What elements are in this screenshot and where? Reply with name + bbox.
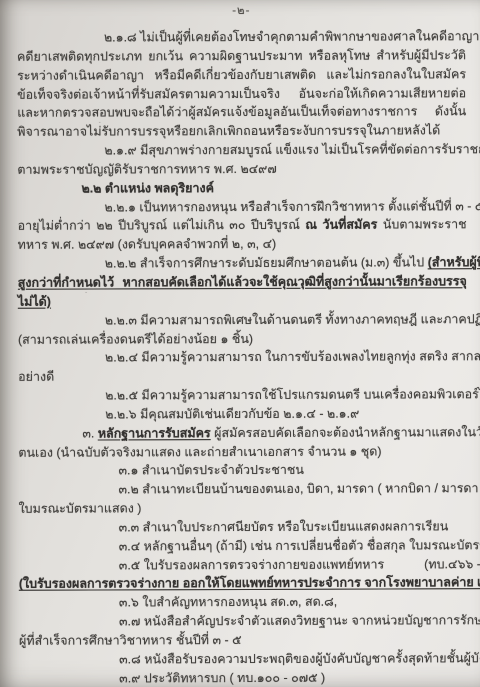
document-line: ทหาร พ.ศ. ๒๔๙๗ (งดรับบุคคลจำพวกที่ ๒, ๓,… <box>18 234 467 254</box>
text-segment: ๒.๑.๙ มีสุขภาพร่างกายสมบูรณ์ แข็งแรง ไม่… <box>104 142 480 157</box>
document-photo: -๒- ๒.๑.๘ ไม่เป็นผู้ที่เคยต้องโทษจำคุกตา… <box>0 0 480 687</box>
document-line: ๓.๘ หนังสือรับรองความประพฤติของผู้บังคับ… <box>19 649 468 669</box>
document-line: ๓.๕ ใบรับรองผลการตรวจร่างกายของแพทย์ทหาร… <box>19 555 468 575</box>
text-segment: ๒.๒.๖ มีคุณสมบัติเช่นเดียวกับข้อ ๒.๑.๔ -… <box>105 406 359 421</box>
text-segment: อายุไม่ต่ำกว่า ๒๒ ปีบริบูรณ์ แต่ไม่เกิน … <box>18 218 306 233</box>
text-segment: ทหาร พ.ศ. ๒๔๙๗ (งดรับบุคคลจำพวกที่ ๒, ๓,… <box>18 237 277 252</box>
document-line: ข้อเท็จจริงต่อเจ้าหน้าที่รับสมัครตามความ… <box>17 84 466 104</box>
text-segment: ๒.๒.๒ สำเร็จการศึกษาระดับมัธยมศึกษาตอนต้… <box>105 255 428 270</box>
document-line: ๒.๑.๘ ไม่เป็นผู้ที่เคยต้องโทษจำคุกตามคำพ… <box>17 27 466 47</box>
text-segment: ณ วันที่สมัคร <box>305 218 377 232</box>
text-segment: หลักฐานการรับสมัคร <box>98 426 211 440</box>
text-segment: อย่างดี <box>18 370 54 384</box>
text-segment: (ใบรับรองผลการตรวจร่างกาย ออกให้โดยแพทย์… <box>19 576 480 592</box>
document-line: ใบมรณะบัตรมาแสดง ) <box>19 498 468 518</box>
document-line: ๓.๒ สำเนาทะเบียนบ้านของตนเอง, บิดา, มารด… <box>18 479 467 499</box>
document-line: พิจารณาอาจไม่รับการบรรจุหรือยกเลิกเพิกถอ… <box>17 121 466 141</box>
document-line: ๒.๒ ตำแหน่ง พลดุริยางค์ <box>17 178 466 198</box>
text-segment: ข้อเท็จจริงต่อเจ้าหน้าที่รับสมัครตามความ… <box>17 86 466 104</box>
document-line: ๓.๗ หนังสือสำคัญประจำตัวแสดงวิทยฐานะ จาก… <box>19 611 468 631</box>
text-segment: ๓.๗ หนังสือสำคัญประจำตัวแสดงวิทยฐานะ จาก… <box>119 613 480 628</box>
text-segment: ๓.๙ ประวัติทหารบก ( ทบ.๑๐๐ - ๐๗๕ ) <box>119 670 325 685</box>
text-segment: ๒.๒.๓ มีความสามารถพิเศษในด้านดนตรี ทั้งท… <box>105 312 480 327</box>
text-segment: ไม่ได้) <box>18 294 51 308</box>
text-segment: และหากตรวจสอบพบจะถือได้ว่าผู้สมัครแจ้งข้… <box>17 105 466 123</box>
document-line: ไม่ได้) <box>18 291 467 311</box>
document-line: ๓. หลักฐานการรับสมัคร ผู้สมัครสอบคัดเลือ… <box>18 423 467 443</box>
document-line: ๒.๒.๑ เป็นทหารกองหนุน หรือสำเร็จการฝึกวิ… <box>17 197 466 217</box>
text-segment: (สามารถเล่นเครื่องดนตรีได้อย่างน้อย ๑ ชิ… <box>18 331 253 346</box>
document-line: ผู้ที่สำเร็จการศึกษาวิชาทหาร ชั้นปีที่ ๓… <box>19 630 468 650</box>
text-segment: ตนเอง (นำฉบับตัวจริงมาแสดง และถ่ายสำเนาเ… <box>18 444 381 459</box>
text-segment: ระหว่างดำเนินคดีอาญา หรือมีคดีเกี่ยวข้อง… <box>17 67 466 85</box>
text-segment: ๓.๕ ใบรับรองผลการตรวจร่างกายของแพทย์ทหาร <box>119 557 384 572</box>
document-line: ๓.๙ ประวัติทหารบก ( ทบ.๑๐๐ - ๐๗๕ ) <box>19 668 468 687</box>
text-segment: ๒.๒ ตำแหน่ง พลดุริยางค์ <box>81 181 214 195</box>
text-segment: คดียาเสพติดทุกประเภท ยกเว้น ความผิดฐานปร… <box>17 48 466 66</box>
document-line: (สามารถเล่นเครื่องดนตรีได้อย่างน้อย ๑ ชิ… <box>18 329 467 349</box>
text-segment: ๓.๘ หนังสือรับรองความประพฤติของผู้บังคับ… <box>119 651 480 667</box>
document-line: ๒.๑.๙ มีสุขภาพร่างกายสมบูรณ์ แข็งแรง ไม่… <box>17 140 466 160</box>
text-segment: ใบมรณะบัตรมาแสดง ) <box>19 501 142 515</box>
document-line: ตนเอง (นำฉบับตัวจริงมาแสดง และถ่ายสำเนาเ… <box>18 442 467 462</box>
text-segment: (สำหรับผู้ที่มีคุณวุฒิ <box>428 255 480 269</box>
document-line: ๓.๖ ใบสำคัญทหารกองหนุน สด.๓, สด.๘, <box>19 593 468 613</box>
text-segment: ผู้ที่สำเร็จการศึกษาวิชาทหาร ชั้นปีที่ ๓… <box>19 633 242 648</box>
text-segment: ๒.๑.๘ ไม่เป็นผู้ที่เคยต้องโทษจำคุกตามคำพ… <box>104 29 480 45</box>
text-segment: ๓.๑ สำเนาบัตรประจำตัวประชาชน <box>118 463 303 478</box>
text-segment: ๓.๔ หลักฐานอื่นๆ (ถ้ามี) เช่น การเปลี่ยน… <box>119 538 480 554</box>
document-page: -๒- ๒.๑.๘ ไม่เป็นผู้ที่เคยต้องโทษจำคุกตา… <box>17 2 468 687</box>
text-segment: ๒.๒.๕ มีความรู้ความสามารถใช้โปรแกรมดนตรี… <box>105 387 480 402</box>
text-segment: ๓. <box>82 426 98 440</box>
text-segment: ๒.๒.๔ มีความรู้ความสามารถ ในการขับร้องเพ… <box>105 349 480 364</box>
document-line: คดียาเสพติดทุกประเภท ยกเว้น ความผิดฐานปร… <box>17 46 466 66</box>
text-segment: ๓.๓ สำเนาใบประกาศนียบัตร หรือใบระเบียนแส… <box>119 519 449 534</box>
text-segment: ๓.๒ สำเนาทะเบียนบ้านของตนเอง, บิดา, มารด… <box>118 481 480 497</box>
text-segment: ตามพระราชบัญญัติรับราชการทหาร พ.ศ. ๒๔๙๗ <box>17 162 276 177</box>
document-line: (ใบรับรองผลการตรวจร่างกาย ออกให้โดยแพทย์… <box>19 574 468 594</box>
document-line: ระหว่างดำเนินคดีอาญา หรือมีคดีเกี่ยวข้อง… <box>17 65 466 85</box>
text-segment: ๓.๖ ใบสำคัญทหารกองหนุน สด.๓, สด.๘, <box>119 595 337 610</box>
document-line: อายุไม่ต่ำกว่า ๒๒ ปีบริบูรณ์ แต่ไม่เกิน … <box>18 216 467 236</box>
text-segment: ๒.๒.๑ เป็นทหารกองหนุน หรือสำเร็จการฝึกวิ… <box>104 199 480 214</box>
document-line: ๒.๒.๒ สำเร็จการศึกษาระดับมัธยมศึกษาตอนต้… <box>18 253 467 273</box>
text-segment: สูงกว่าที่กำหนดไว้ หากสอบคัดเลือกได้แล้ว… <box>18 274 467 292</box>
document-line: ๓.๑ สำเนาบัตรประจำตัวประชาชน <box>18 461 467 481</box>
document-line: ๓.๔ หลักฐานอื่นๆ (ถ้ามี) เช่น การเปลี่ยน… <box>19 536 468 556</box>
text-segment: พิจารณาอาจไม่รับการบรรจุหรือยกเลิกเพิกถอ… <box>17 124 440 139</box>
document-line: ตามพระราชบัญญัติรับราชการทหาร พ.ศ. ๒๔๙๗ <box>17 159 466 179</box>
text-segment: ผู้สมัครสอบคัดเลือกจะต้องนำหลักฐานมาแสดง… <box>211 425 480 440</box>
document-line: สูงกว่าที่กำหนดไว้ หากสอบคัดเลือกได้แล้ว… <box>18 272 467 292</box>
document-line: ๒.๒.๖ มีคุณสมบัติเช่นเดียวกับข้อ ๒.๑.๔ -… <box>18 404 467 424</box>
document-line: และหากตรวจสอบพบจะถือได้ว่าผู้สมัครแจ้งข้… <box>17 103 466 123</box>
document-line: ๒.๒.๕ มีความรู้ความสามารถใช้โปรแกรมดนตรี… <box>18 385 467 405</box>
document-line: อย่างดี <box>18 366 467 386</box>
document-line: ๒.๒.๔ มีความรู้ความสามารถ ในการขับร้องเพ… <box>18 348 467 368</box>
text-segment: (ทบ.๔๖๖ - ๖๒๐) <box>424 557 480 571</box>
document-body: ๒.๑.๘ ไม่เป็นผู้ที่เคยต้องโทษจำคุกตามคำพ… <box>17 27 468 687</box>
page-number: -๒- <box>17 2 466 20</box>
document-line: ๓.๓ สำเนาใบประกาศนียบัตร หรือใบระเบียนแส… <box>19 517 468 537</box>
document-line: ๒.๒.๓ มีความสามารถพิเศษในด้านดนตรี ทั้งท… <box>18 310 467 330</box>
